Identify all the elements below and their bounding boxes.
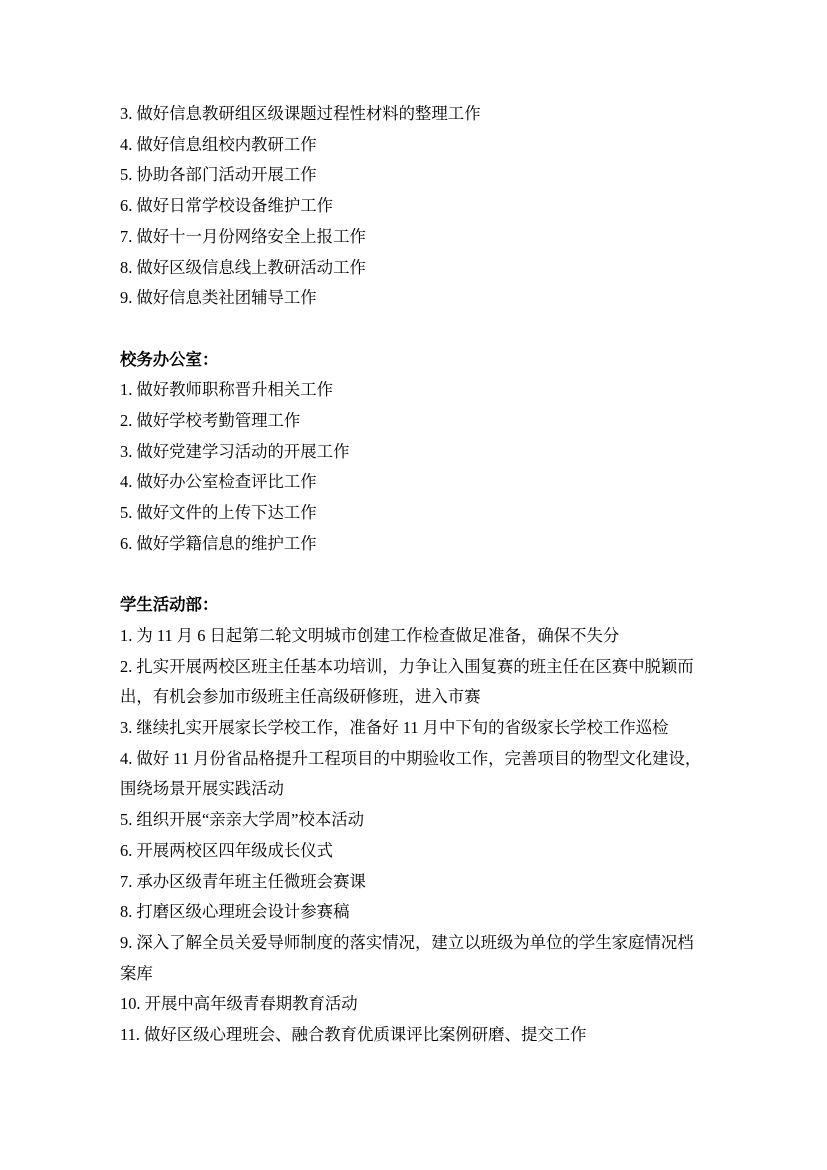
list-item: 2. 做好学校考勤管理工作 xyxy=(120,406,706,437)
list-item: 4. 做好 11 月份省品格提升工程项目的中期验收工作，完善项目的物型文化建设，… xyxy=(120,744,706,805)
list-item: 3. 做好信息教研组区级课题过程性材料的整理工作 xyxy=(120,99,706,130)
list-item: 6. 做好学籍信息的维护工作 xyxy=(120,529,706,560)
list-item: 10. 开展中高年级青春期教育活动 xyxy=(120,989,706,1020)
document-section: 学生活动部：1. 为 11 月 6 日起第二轮文明城市创建工作检查做足准备，确保… xyxy=(120,590,706,1051)
section-heading: 学生活动部： xyxy=(120,590,706,621)
list-item: 1. 为 11 月 6 日起第二轮文明城市创建工作检查做足准备，确保不失分 xyxy=(120,621,706,652)
list-item: 1. 做好教师职称晋升相关工作 xyxy=(120,375,706,406)
list-item: 4. 做好办公室检查评比工作 xyxy=(120,467,706,498)
list-item: 3. 做好党建学习活动的开展工作 xyxy=(120,437,706,468)
list-item: 8. 做好区级信息线上教研活动工作 xyxy=(120,253,706,284)
list-item: 5. 组织开展“亲亲大学周”校本活动 xyxy=(120,805,706,836)
list-item: 9. 做好信息类社团辅导工作 xyxy=(120,283,706,314)
list-item: 8. 打磨区级心理班会设计参赛稿 xyxy=(120,897,706,928)
document-section: 3. 做好信息教研组区级课题过程性材料的整理工作4. 做好信息组校内教研工作5.… xyxy=(120,99,706,314)
list-item: 5. 做好文件的上传下达工作 xyxy=(120,498,706,529)
list-item: 2. 扎实开展两校区班主任基本功培训，力争让入围复赛的班主任在区赛中脱颖而出，有… xyxy=(120,652,706,713)
list-item: 7. 做好十一月份网络安全上报工作 xyxy=(120,222,706,253)
list-item: 3. 继续扎实开展家长学校工作，准备好 11 月中下旬的省级家长学校工作巡检 xyxy=(120,713,706,744)
section-heading: 校务办公室： xyxy=(120,345,706,376)
list-item: 6. 开展两校区四年级成长仪式 xyxy=(120,836,706,867)
document-content: 3. 做好信息教研组区级课题过程性材料的整理工作4. 做好信息组校内教研工作5.… xyxy=(120,99,706,1051)
list-item: 4. 做好信息组校内教研工作 xyxy=(120,130,706,161)
list-item: 11. 做好区级心理班会、融合教育优质课评比案例研磨、提交工作 xyxy=(120,1020,706,1051)
document-section: 校务办公室：1. 做好教师职称晋升相关工作2. 做好学校考勤管理工作3. 做好党… xyxy=(120,345,706,560)
list-item: 5. 协助各部门活动开展工作 xyxy=(120,160,706,191)
list-item: 6. 做好日常学校设备维护工作 xyxy=(120,191,706,222)
list-item: 9. 深入了解全员关爱导师制度的落实情况，建立以班级为单位的学生家庭情况档案库 xyxy=(120,928,706,989)
list-item: 7. 承办区级青年班主任微班会赛课 xyxy=(120,867,706,898)
document-page: 3. 做好信息教研组区级课题过程性材料的整理工作4. 做好信息组校内教研工作5.… xyxy=(0,0,827,1170)
page-body: { "page": { "background_color": "#ffffff… xyxy=(0,0,827,1170)
